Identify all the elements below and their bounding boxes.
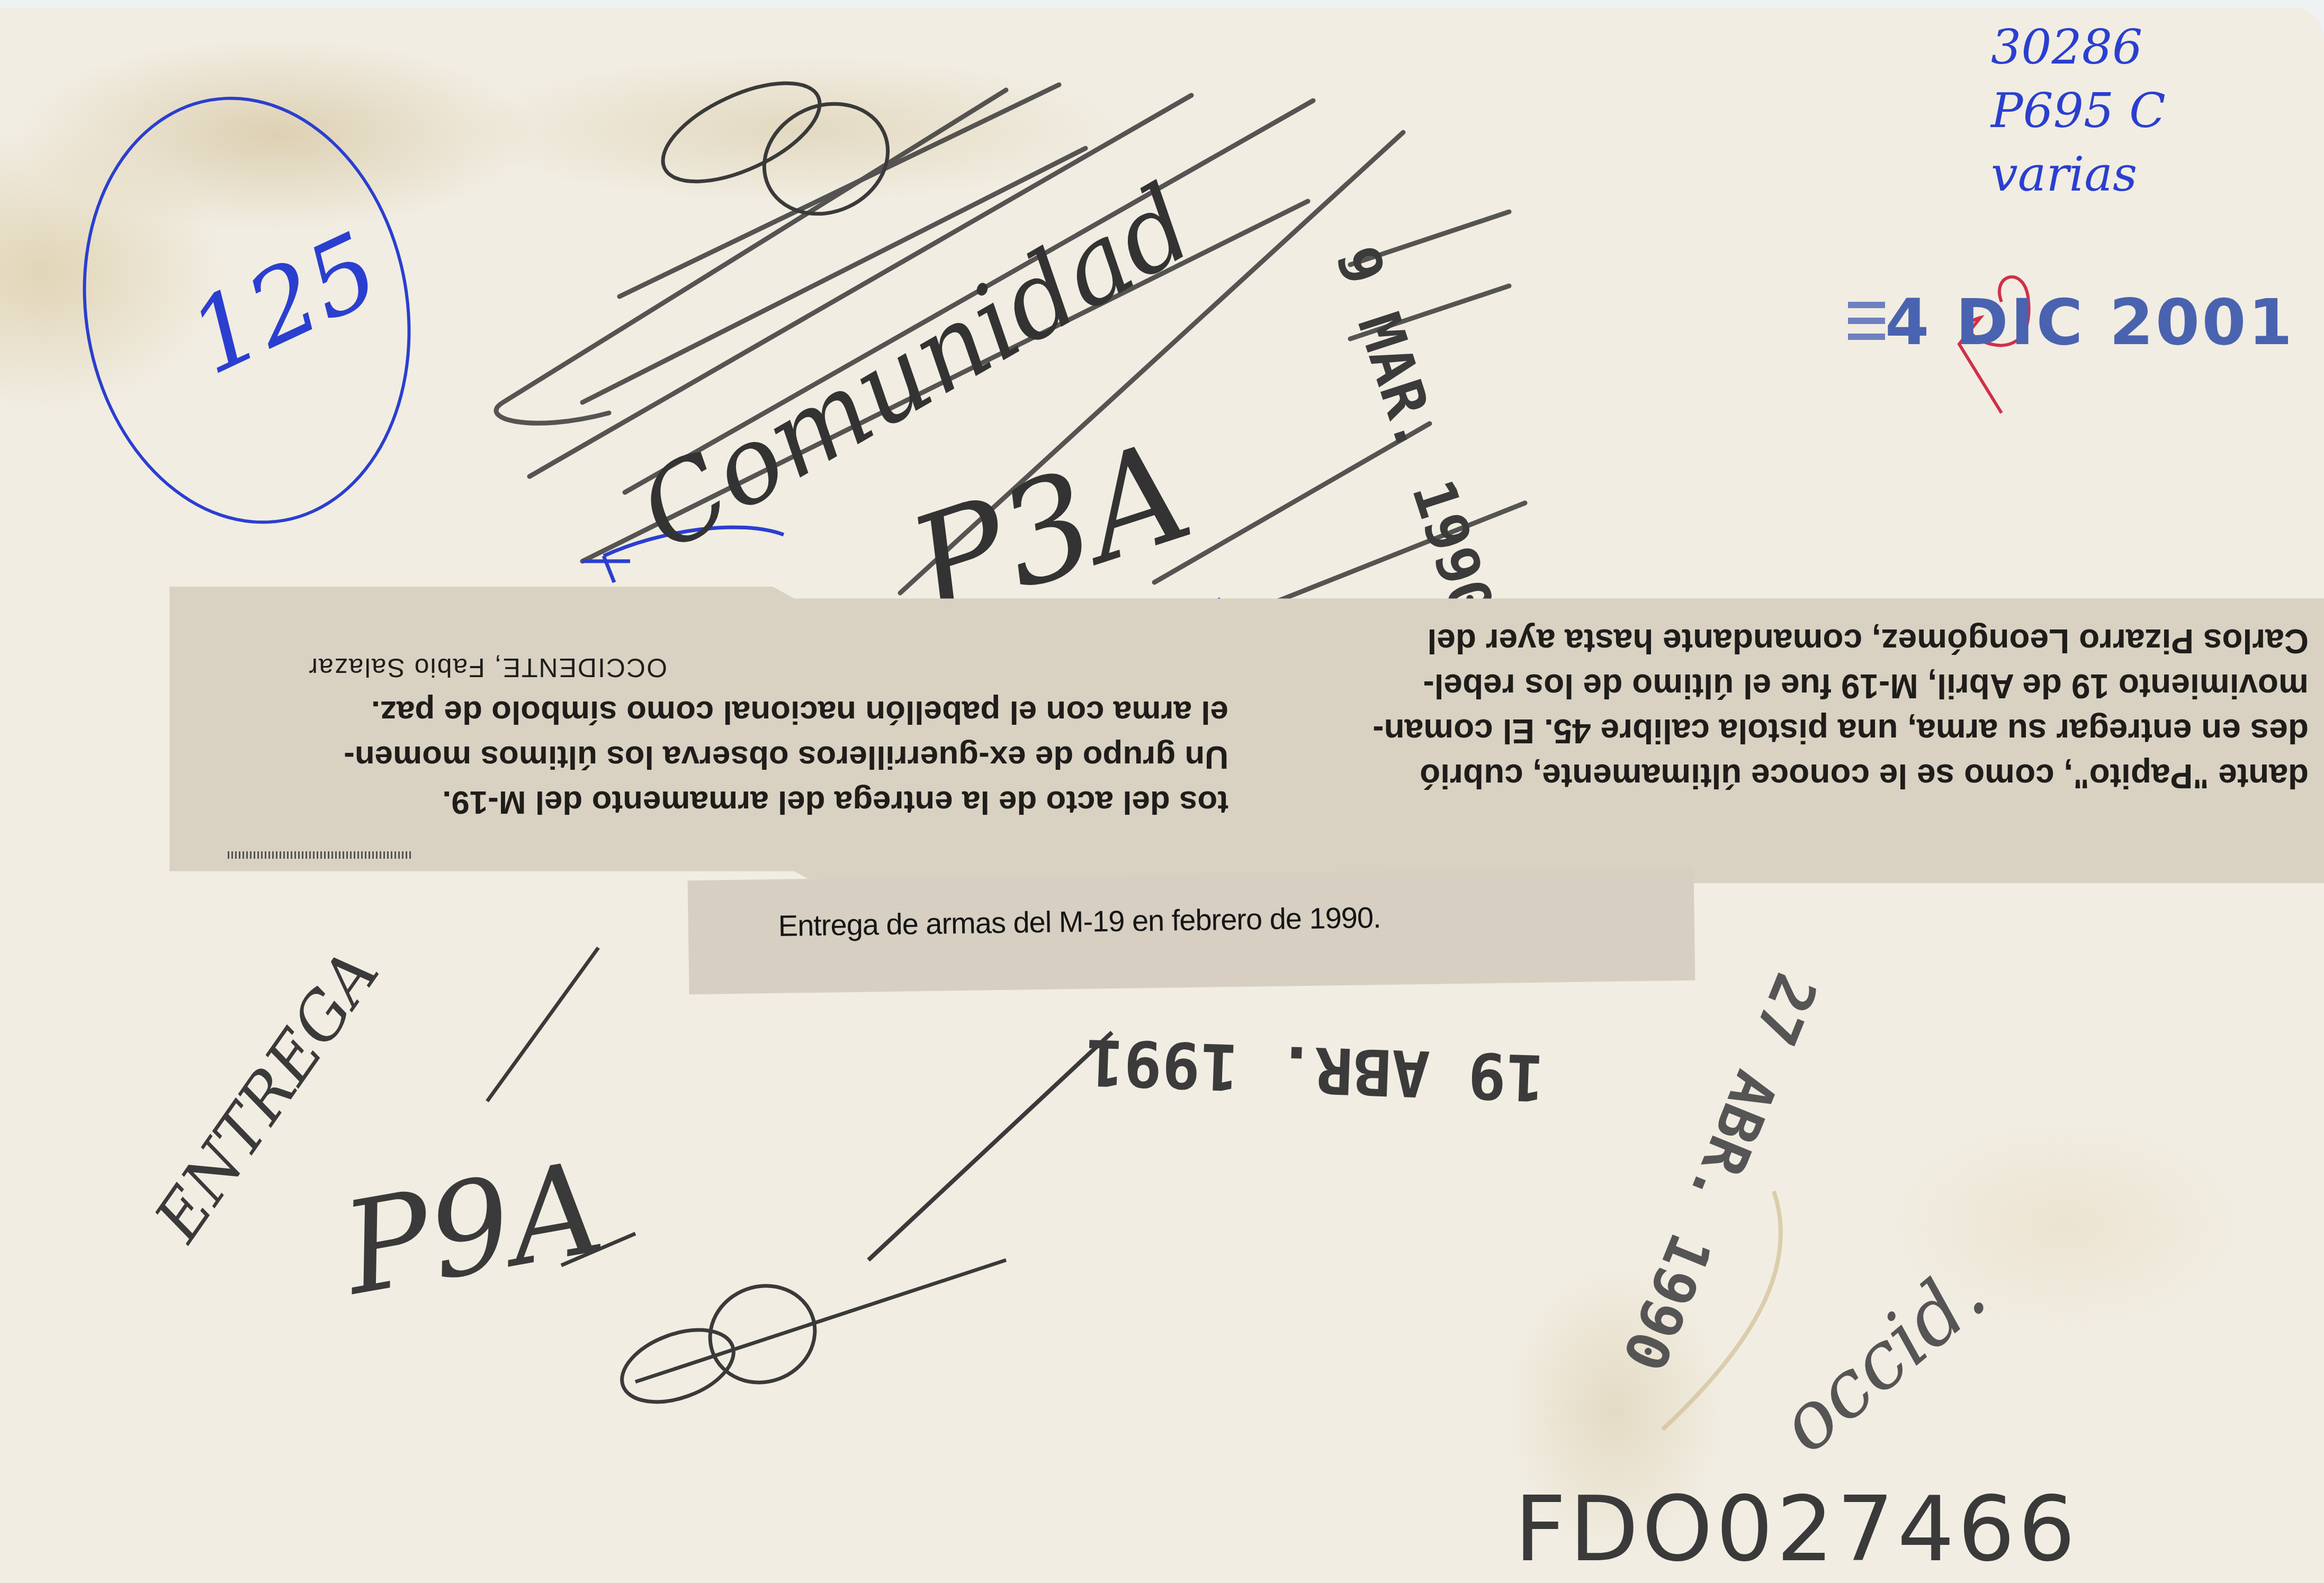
clipping-line: el arma con el pabellón nacional como sí… (222, 690, 1228, 735)
archive-code-reference: P695 C (1991, 79, 2166, 143)
date-stamp-2001-text: 4 DIC 2001 (1885, 286, 2294, 359)
circled-number-text: 125 (172, 210, 396, 398)
clipping-line: dante "Papito", como se le conoce última… (1276, 753, 2309, 798)
stamp-bars-icon (1848, 302, 1885, 349)
date-stamp-2001: 4 DIC 2001 (1885, 286, 2294, 359)
clipping-credit: OCCIDENTE, Fabio Salazar (222, 645, 1228, 690)
clipping-line: Carlos Pizarro Leongómez, comandante has… (1276, 618, 2309, 663)
archive-code-category: varias (1991, 143, 2166, 206)
halftone-edge (228, 851, 413, 859)
caption-text: Entrega de armas del M-19 en febrero de … (778, 900, 1381, 943)
newspaper-clipping: tos del acto de la entrega del armamento… (169, 587, 2324, 883)
caption-clipping: Entrega de armas del M-19 en febrero de … (688, 867, 1695, 995)
clipping-line: movimiento 19 de Abril, M-19 fue el últi… (1276, 663, 2309, 708)
clipping-right-column: dante "Papito", como se le conoce última… (1276, 618, 2309, 798)
clipping-line: Un grupo de ex-guerrilleros observa los … (222, 735, 1228, 780)
archive-code: 30286 P695 C varias (1991, 16, 2166, 206)
clipping-left-column: tos del acto de la entrega del armamento… (222, 645, 1228, 825)
clipping-line: des en entregar su arma, una pistola cal… (1276, 708, 2309, 753)
archive-code-number: 30286 (1991, 16, 2166, 79)
clipping-line: tos del acto de la entrega del armamento… (222, 780, 1228, 825)
pencil-fdo-code: FDO027466 (1514, 1477, 2078, 1582)
